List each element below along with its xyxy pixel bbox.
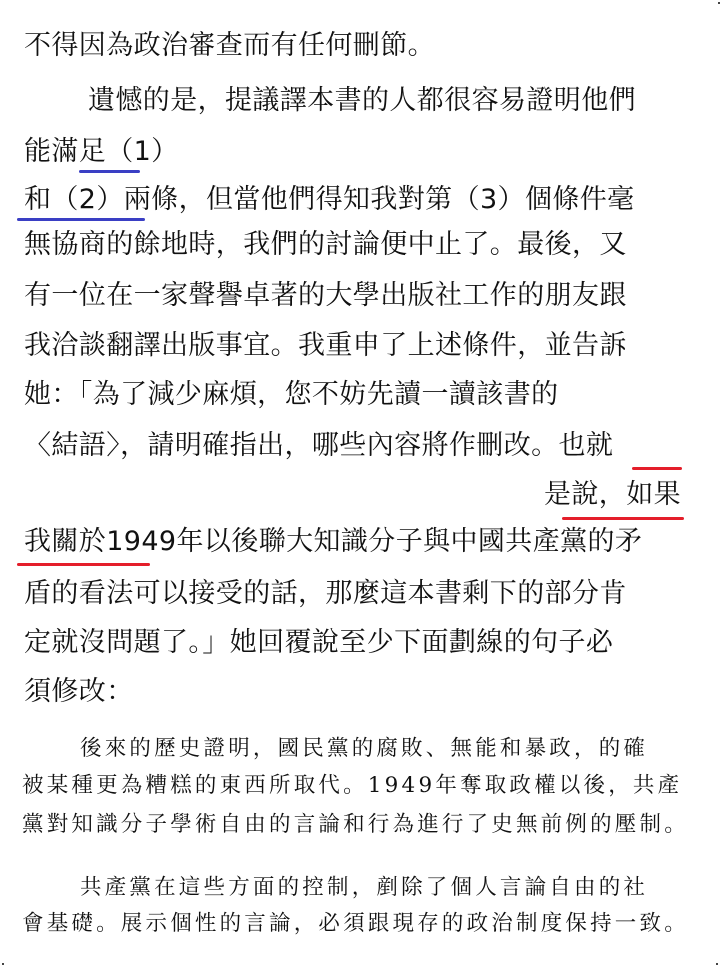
body-line-2: 遺憾的是，提議譯本書的人都很容易證明他們 (88, 85, 636, 117)
red-underline-2 (562, 517, 684, 520)
quote-p1-line-2: 被某種更為糟糕的東西所取代。1949年奪取政權以後，共產 (22, 772, 682, 800)
scan-speck (718, 2, 720, 4)
body-line-1: 不得因為政治審查而有任何刪節。 (24, 30, 435, 62)
body-line-11: 我關於1949年以後聯大知識分子與中國共產黨的矛 (24, 526, 642, 558)
quote-p2-line-2: 會基礎。展示個性的言論，必須跟現存的政治制度保持一致。 (22, 910, 689, 938)
scan-speck (716, 963, 718, 965)
quote-p2-line-1: 共產黨在這些方面的控制，剷除了個人言論自由的社 (80, 874, 648, 902)
body-line-3: 能滿足（1） (24, 136, 179, 168)
red-underline-1 (632, 467, 682, 470)
body-line-10: 是說，如果 (544, 479, 681, 511)
body-line-14: 須修改： (24, 676, 134, 708)
blue-underline-2 (17, 218, 145, 221)
body-line-6: 有一位在一家聲譽卓著的大學出版社工作的朋友跟 (24, 280, 627, 312)
body-line-13: 定就沒問題了。」她回覆說至少下面劃線的句子必 (24, 627, 613, 659)
body-line-9: 〈結語〉，請明確指出，哪些內容將作刪改。也就 (24, 430, 613, 462)
body-line-4: 和（2）兩條，但當他們得知我對第（3）個條件毫 (24, 184, 635, 216)
body-line-7: 我洽談翻譯出版事宜。我重申了上述條件，並告訴 (24, 330, 627, 362)
red-underline-3 (17, 563, 150, 566)
scan-speck (2, 963, 4, 965)
quote-p1-line-1: 後來的歷史證明，國民黨的腐敗、無能和暴政，的確 (80, 735, 648, 763)
quote-p1-line-3: 黨對知識分子學術自由的言論和行為進行了史無前例的壓制。 (22, 811, 689, 839)
body-line-5: 無協商的餘地時，我們的討論便中止了。最後，又 (24, 229, 627, 261)
document-page: 不得因為政治審查而有任何刪節。 遺憾的是，提議譯本書的人都很容易證明他們 能滿足… (0, 0, 721, 970)
body-line-8: 她：「為了減少麻煩，您不妨先讀一讀該書的 (24, 379, 559, 411)
blue-underline-1 (79, 170, 140, 173)
body-line-12: 盾的看法可以接受的話，那麼這本書剩下的部分肯 (24, 578, 627, 610)
